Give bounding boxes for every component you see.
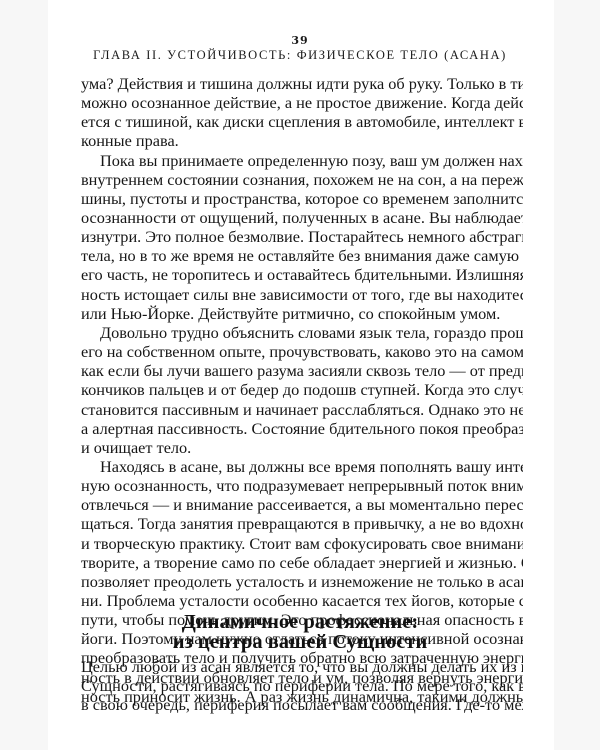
text-line: ни. Проблема усталости особенно касается… <box>81 591 523 610</box>
section-paragraph: Целью любой из асан является то, что вы … <box>81 657 523 714</box>
text-line: его на собственном опыте, прочувствовать… <box>81 342 523 361</box>
text-line: осознанности от ощущений, полученных в а… <box>81 208 523 227</box>
text-line: позволяет преодолеть усталость и изнемож… <box>81 572 523 591</box>
text-line: Целью любой из асан является то, что вы … <box>81 657 523 676</box>
text-line: или Нью-Йорке. Действуйте ритмично, со с… <box>81 304 523 323</box>
text-line: щаться. Тогда занятия превращаются в при… <box>81 514 523 533</box>
text-line: ность истощает силы вне зависимости от т… <box>81 285 523 304</box>
text-line: в свою очередь, периферия посылает вам с… <box>81 695 523 714</box>
text-line: становится пассивным и начинает расслабл… <box>81 400 523 419</box>
text-line: его часть, не торопитесь и оставайтесь б… <box>81 265 523 284</box>
section-heading-line-2: из центра вашей Сущности <box>0 632 600 652</box>
paragraph-3: Довольно трудно объяснить словами язык т… <box>81 323 523 457</box>
text-line: можно осознанное действие, а не простое … <box>81 93 523 112</box>
text-line: конные права. <box>81 131 523 150</box>
text-line: ума? Действия и тишина должны идти рука … <box>81 74 523 93</box>
text-line: внутреннем состоянии сознания, похожем н… <box>81 170 523 189</box>
page-number: 39 <box>0 34 600 47</box>
text-line: кончиков пальцев и от бедер до подошв ст… <box>81 380 523 399</box>
section-heading: Динамичное растяжение: из центра вашей С… <box>0 612 600 652</box>
text-line: отвлечься — и внимание рассеивается, а в… <box>81 495 523 514</box>
text-line: Находясь в асане, вы должны все время по… <box>81 457 523 476</box>
running-head: ГЛАВА II. УСТОЙЧИВОСТЬ: ФИЗИЧЕСКОЕ ТЕЛО … <box>0 48 600 63</box>
text-line: Довольно трудно объяснить словами язык т… <box>81 323 523 342</box>
text-line: ется с тишиной, как диски сцепления в ав… <box>81 112 523 131</box>
text-line: а алертная пассивность. Состояние бдител… <box>81 419 523 438</box>
text-line: и очищает тело. <box>81 438 523 457</box>
text-line: изнутри. Это полное безмолвие. Постарайт… <box>81 227 523 246</box>
section-heading-line-1: Динамичное растяжение: <box>0 612 600 632</box>
text-line: творите, а творение само по себе обладае… <box>81 553 523 572</box>
paragraph-1: ума? Действия и тишина должны идти рука … <box>81 74 523 151</box>
text-line: ную осознанность, что подразумевает непр… <box>81 476 523 495</box>
text-line: Пока вы принимаете определенную позу, ва… <box>81 151 523 170</box>
text-line: тела, но в то же время не оставляйте без… <box>81 246 523 265</box>
paragraph-2: Пока вы принимаете определенную позу, ва… <box>81 151 523 323</box>
text-line: Сущности, растягиваясь по периферии тела… <box>81 676 523 695</box>
text-line: как если бы лучи вашего разума засияли с… <box>81 361 523 380</box>
text-line: шины, пустоты и пространства, которое со… <box>81 189 523 208</box>
text-line: и творческую практику. Стоит вам сфокуси… <box>81 534 523 553</box>
